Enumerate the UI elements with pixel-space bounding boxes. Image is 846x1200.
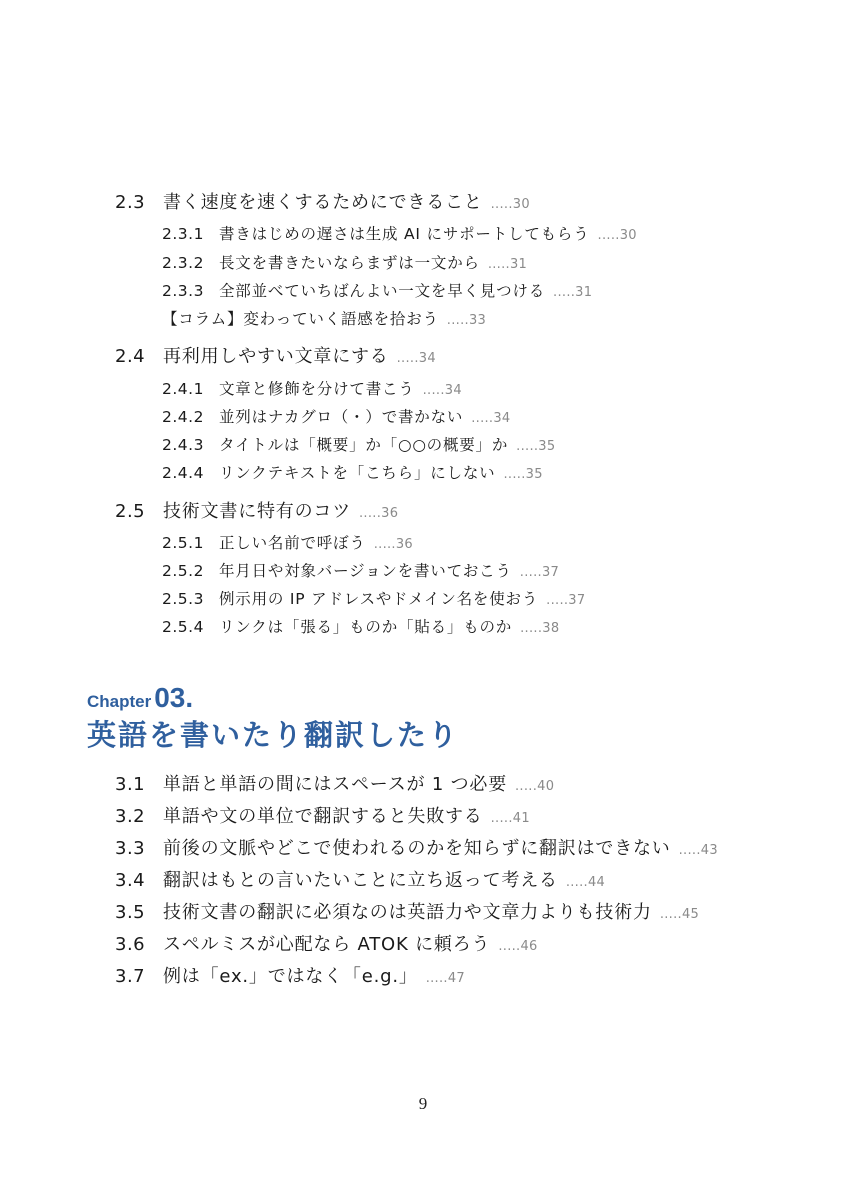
toc-section-3-7[interactable]: 3.7例は「ex.」ではなく「e.g.」.....47 bbox=[115, 968, 465, 986]
toc-subsection-2-4-4[interactable]: 2.4.4リンクテキストを「こちら」にしない.....35 bbox=[162, 466, 543, 482]
toc-subsection-2-5-2[interactable]: 2.5.2年月日や対象バージョンを書いておこう.....37 bbox=[162, 564, 559, 580]
toc-section-3-1[interactable]: 3.1単語と単語の間にはスペースが 1 つ必要.....40 bbox=[115, 776, 554, 794]
page-reference: .....31 bbox=[553, 285, 592, 300]
subsection-title: 文章と修飾を分けて書こう bbox=[219, 380, 415, 398]
subsection-number: 2.5.4 bbox=[162, 620, 219, 636]
section-number: 3.1 bbox=[115, 776, 163, 794]
page-reference: .....34 bbox=[397, 351, 436, 366]
toc-subsection-2-4-2[interactable]: 2.4.2並列はナカグロ（・）で書かない.....34 bbox=[162, 410, 511, 426]
chapter-number: 03. bbox=[154, 682, 193, 713]
toc-subsection-2-4-3[interactable]: 2.4.3タイトルは「概要」か「○○の概要」か.....35 bbox=[162, 438, 555, 454]
section-title: 前後の文脈やどこで使われるのかを知らずに翻訳はできない bbox=[163, 838, 671, 859]
toc-section-3-4[interactable]: 3.4翻訳はもとの言いたいことに立ち返って考える.....44 bbox=[115, 872, 605, 890]
page-reference: .....30 bbox=[598, 228, 637, 243]
page-reference: .....45 bbox=[660, 907, 699, 922]
section-number: 2.4 bbox=[115, 348, 163, 366]
chapter-label: Chapter03. bbox=[87, 682, 193, 714]
toc-subsection-2-5-4[interactable]: 2.5.4リンクは「張る」ものか「貼る」ものか.....38 bbox=[162, 620, 559, 636]
page-reference: .....31 bbox=[488, 257, 527, 272]
toc-section-3-5[interactable]: 3.5技術文書の翻訳に必須なのは英語力や文章力よりも技術力.....45 bbox=[115, 904, 699, 922]
section-title: 翻訳はもとの言いたいことに立ち返って考える bbox=[163, 870, 558, 891]
section-number: 2.3 bbox=[115, 194, 163, 212]
chapter-word: Chapter bbox=[87, 692, 151, 711]
toc-subsection-2-3-2[interactable]: 2.3.2長文を書きたいならまずは一文から.....31 bbox=[162, 256, 527, 272]
subsection-number: 2.3.2 bbox=[162, 256, 219, 272]
page-reference: .....35 bbox=[503, 467, 542, 482]
subsection-title: 全部並べていちばんよい一文を早く見つける bbox=[219, 282, 545, 300]
page-reference: .....30 bbox=[491, 197, 530, 212]
subsection-title: 年月日や対象バージョンを書いておこう bbox=[219, 562, 512, 580]
subsection-title: 例示用の IP アドレスやドメイン名を使おう bbox=[219, 590, 538, 608]
subsection-title: 長文を書きたいならまずは一文から bbox=[219, 254, 480, 272]
page-reference: .....43 bbox=[679, 843, 718, 858]
subsection-title: リンクは「張る」ものか「貼る」ものか bbox=[219, 618, 512, 636]
toc-subsection-2-5-1[interactable]: 2.5.1正しい名前で呼ぼう.....36 bbox=[162, 536, 413, 552]
toc-section-2-3[interactable]: 2.3書く速度を速くするためにできること.....30 bbox=[115, 194, 530, 212]
subsection-number: 2.5.1 bbox=[162, 536, 219, 552]
page-reference: .....36 bbox=[359, 506, 398, 521]
page-reference: .....37 bbox=[546, 593, 585, 608]
page-reference: .....33 bbox=[447, 313, 486, 328]
toc-column-entry[interactable]: 【コラム】変わっていく語感を拾おう.....33 bbox=[162, 312, 486, 328]
section-number: 3.5 bbox=[115, 904, 163, 922]
page-reference: .....34 bbox=[423, 383, 462, 398]
subsection-title: リンクテキストを「こちら」にしない bbox=[219, 464, 495, 482]
section-number: 2.5 bbox=[115, 503, 163, 521]
subsection-title: タイトルは「概要」か「○○の概要」か bbox=[219, 436, 508, 454]
toc-section-3-2[interactable]: 3.2単語や文の単位で翻訳すると失敗する.....41 bbox=[115, 808, 530, 826]
page-reference: .....34 bbox=[471, 411, 510, 426]
section-title: 単語と単語の間にはスペースが 1 つ必要 bbox=[163, 774, 507, 795]
toc-subsection-2-5-3[interactable]: 2.5.3例示用の IP アドレスやドメイン名を使おう.....37 bbox=[162, 592, 585, 608]
section-title: 単語や文の単位で翻訳すると失敗する bbox=[163, 806, 483, 827]
page-reference: .....40 bbox=[515, 779, 554, 794]
section-number: 3.2 bbox=[115, 808, 163, 826]
subsection-number: 2.4.2 bbox=[162, 410, 219, 426]
subsection-number: 2.5.2 bbox=[162, 564, 219, 580]
page-reference: .....46 bbox=[498, 939, 537, 954]
toc-section-2-4[interactable]: 2.4再利用しやすい文章にする.....34 bbox=[115, 348, 436, 366]
section-number: 3.6 bbox=[115, 936, 163, 954]
subsection-title: 書きはじめの遅さは生成 AI にサポートしてもらう bbox=[219, 225, 590, 243]
page-reference: .....35 bbox=[516, 439, 555, 454]
subsection-title: 並列はナカグロ（・）で書かない bbox=[219, 408, 463, 426]
subsection-number: 2.5.3 bbox=[162, 592, 219, 608]
page-number: 9 bbox=[0, 1094, 846, 1114]
page-reference: .....41 bbox=[491, 811, 530, 826]
page-reference: .....37 bbox=[520, 565, 559, 580]
section-number: 3.4 bbox=[115, 872, 163, 890]
page-reference: .....44 bbox=[566, 875, 605, 890]
toc-section-3-3[interactable]: 3.3前後の文脈やどこで使われるのかを知らずに翻訳はできない.....43 bbox=[115, 840, 718, 858]
subsection-number: 2.4.3 bbox=[162, 438, 219, 454]
toc-subsection-2-3-3[interactable]: 2.3.3全部並べていちばんよい一文を早く見つける.....31 bbox=[162, 284, 592, 300]
section-title: 書く速度を速くするためにできること bbox=[163, 192, 483, 213]
toc-section-2-5[interactable]: 2.5技術文書に特有のコツ.....36 bbox=[115, 503, 398, 521]
section-title: スペルミスが心配なら ATOK に頼ろう bbox=[163, 934, 490, 955]
subsection-title: 正しい名前で呼ぼう bbox=[219, 534, 366, 552]
section-title: 技術文書の翻訳に必須なのは英語力や文章力よりも技術力 bbox=[163, 902, 652, 923]
column-title: 【コラム】変わっていく語感を拾おう bbox=[162, 310, 439, 328]
page-reference: .....47 bbox=[426, 971, 465, 986]
subsection-number: 2.4.1 bbox=[162, 382, 219, 398]
page-reference: .....38 bbox=[520, 621, 559, 636]
subsection-number: 2.4.4 bbox=[162, 466, 219, 482]
section-title: 再利用しやすい文章にする bbox=[163, 346, 389, 367]
section-title: 技術文書に特有のコツ bbox=[163, 501, 351, 522]
subsection-number: 2.3.1 bbox=[162, 227, 219, 243]
page-reference: .....36 bbox=[374, 537, 413, 552]
toc-section-3-6[interactable]: 3.6スペルミスが心配なら ATOK に頼ろう.....46 bbox=[115, 936, 538, 954]
section-title: 例は「ex.」ではなく「e.g.」 bbox=[163, 966, 418, 987]
section-number: 3.3 bbox=[115, 840, 163, 858]
subsection-number: 2.3.3 bbox=[162, 284, 219, 300]
chapter-title: 英語を書いたり翻訳したり bbox=[87, 713, 459, 754]
section-number: 3.7 bbox=[115, 968, 163, 986]
toc-subsection-2-3-1[interactable]: 2.3.1書きはじめの遅さは生成 AI にサポートしてもらう.....30 bbox=[162, 227, 637, 243]
toc-subsection-2-4-1[interactable]: 2.4.1文章と修飾を分けて書こう.....34 bbox=[162, 382, 462, 398]
